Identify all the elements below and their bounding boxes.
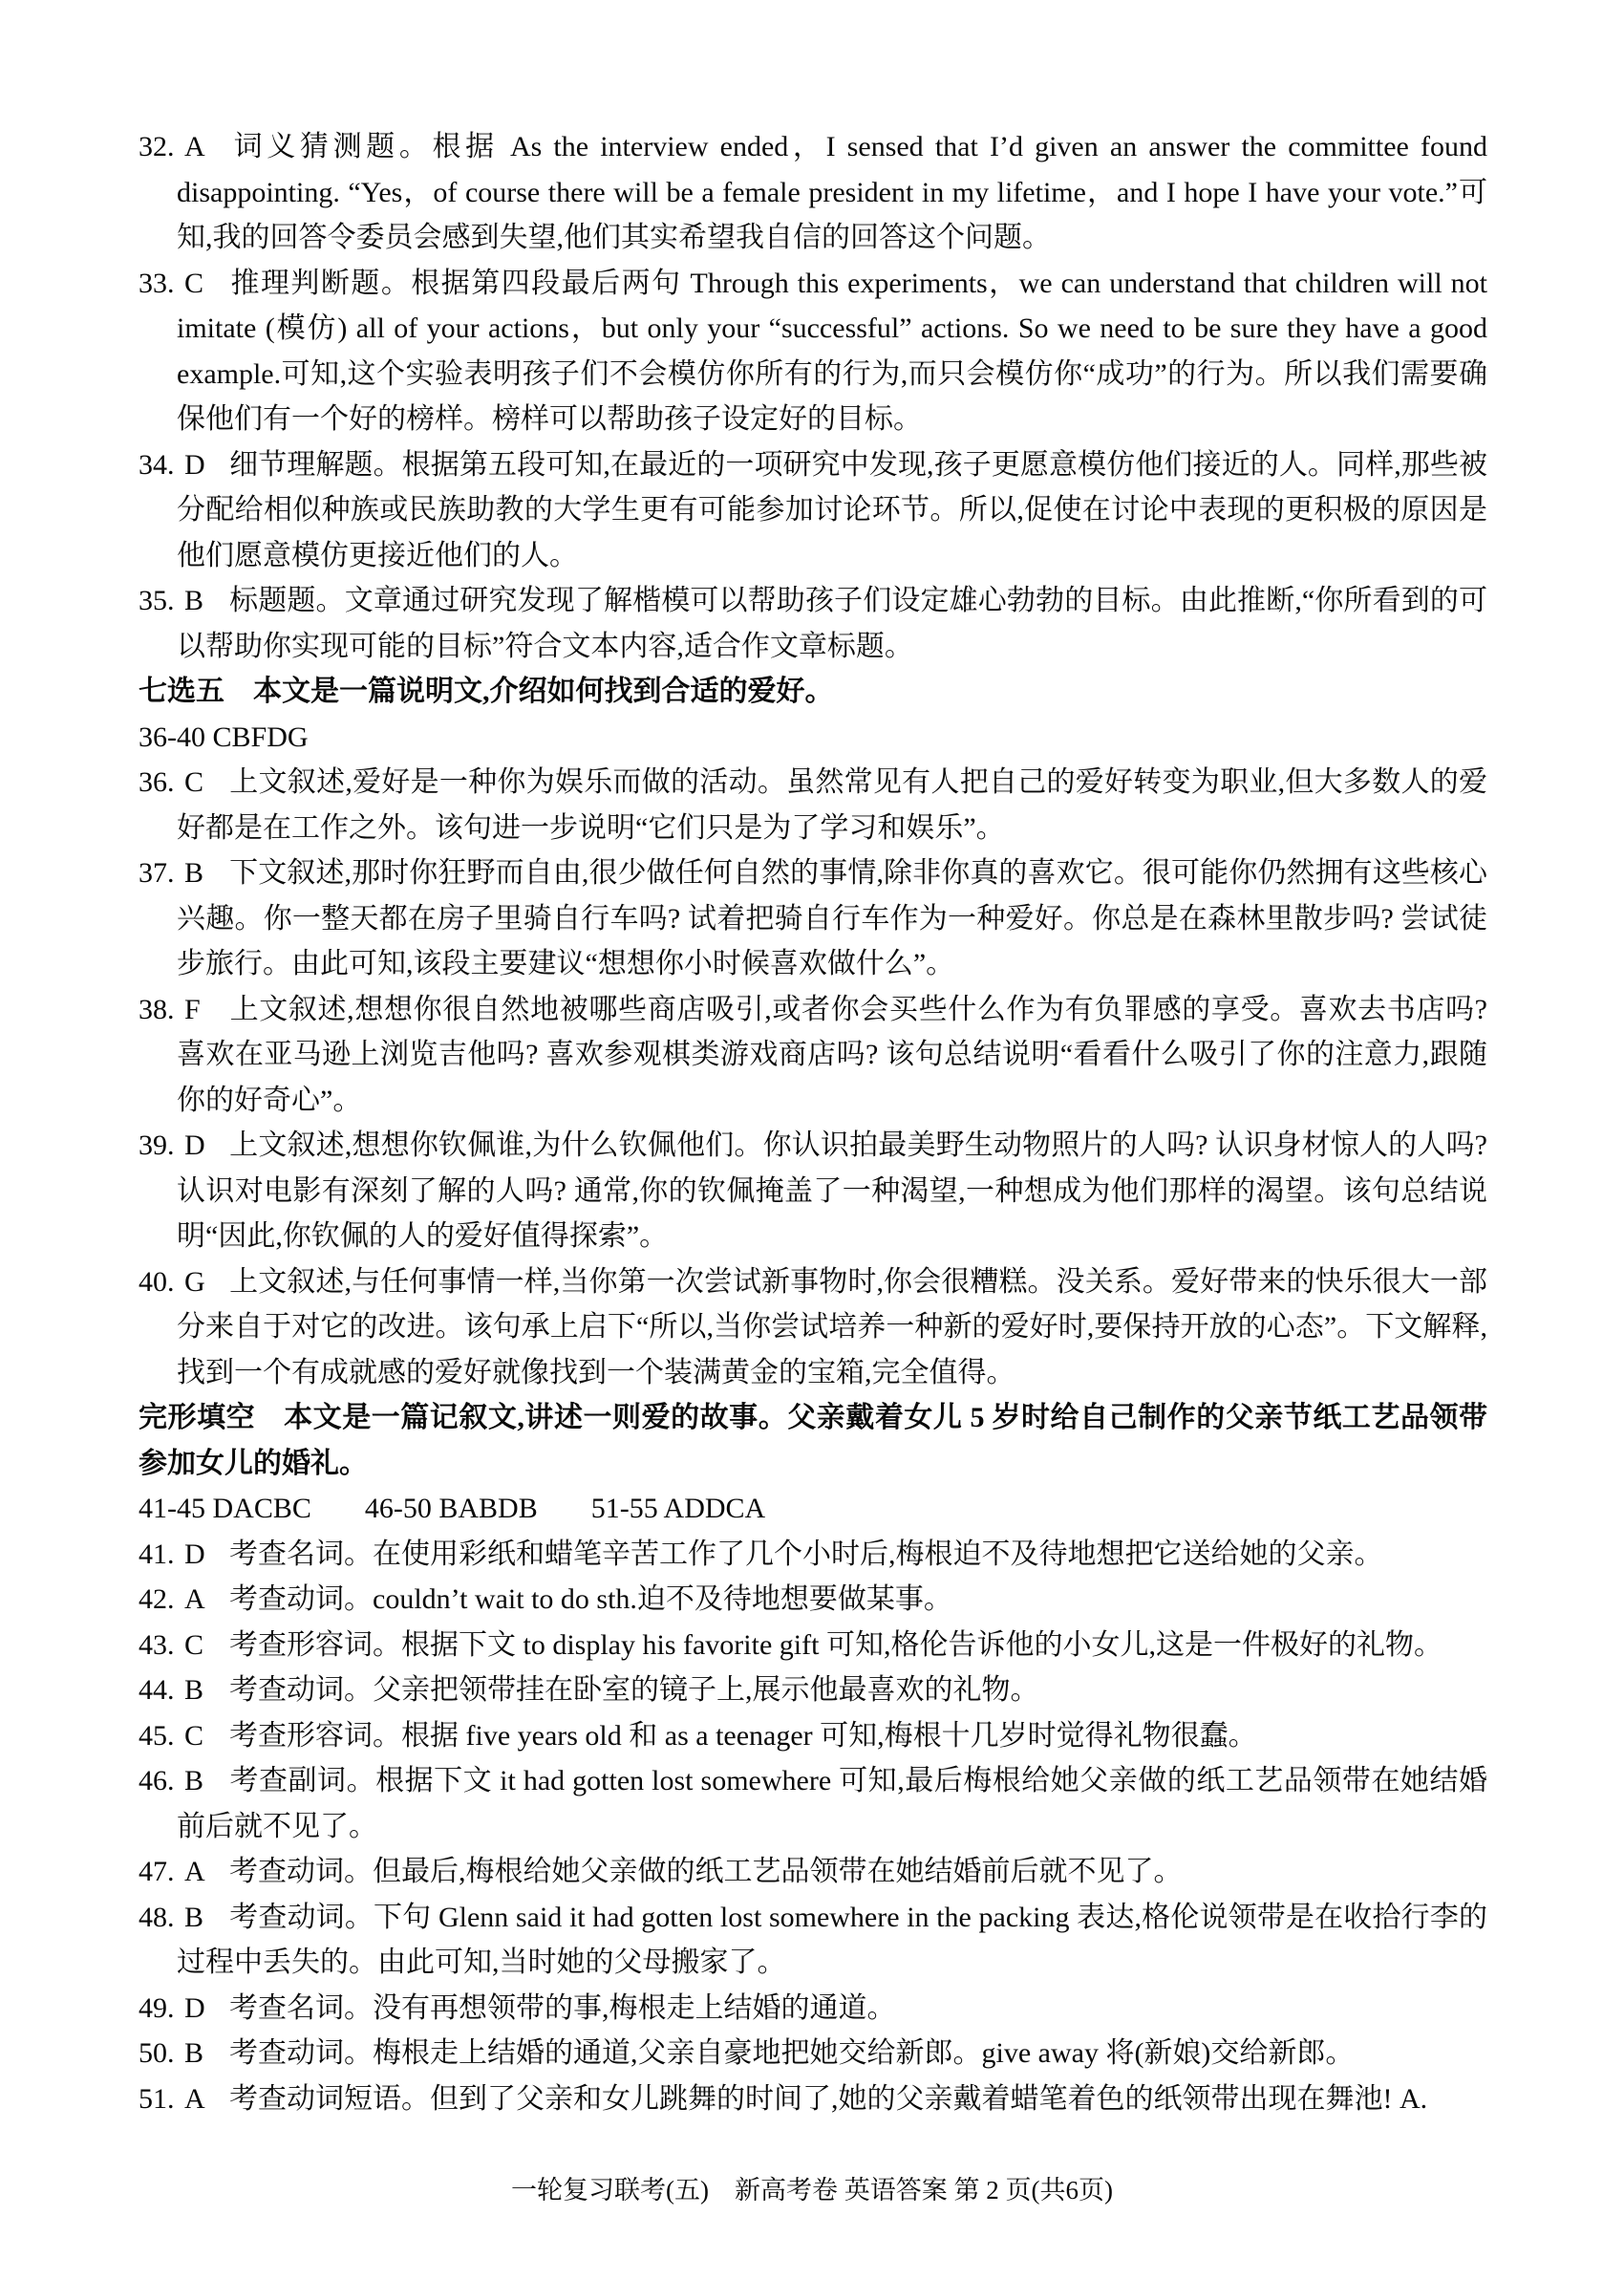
answer-key-line: 36-40 CBFDG [139,715,1487,761]
item-number: 41. [139,1532,184,1578]
section-header-seven-choose-five: 七选五本文是一篇说明文,介绍如何找到合适的爱好。 [139,669,1487,715]
answer-item: 42.A考查动词。couldn’t wait to do sth.迫不及待地想要… [139,1577,1487,1623]
item-answer: C [184,760,229,806]
item-explanation: 考查名词。在使用彩纸和蜡笔辛苦工作了几个小时后,梅根迫不及待地想把它送给她的父亲… [229,1538,1383,1570]
item-number: 43. [139,1623,184,1668]
answer-item: 33.C推理判断题。根据第四段最后两句 Through this experim… [139,261,1487,442]
item-number: 38. [139,987,184,1033]
section-header-cloze: 完形填空本文是一篇记叙文,讲述一则爱的故事。父亲戴着女儿 5 岁时给自己制作的父… [139,1395,1487,1486]
item-answer: B [184,2031,229,2076]
item-explanation: 上文叙述,与任何事情一样,当你第一次尝试新事物时,你会很糟糕。没关系。爱好带来的… [177,1266,1487,1388]
item-number: 36. [139,760,184,806]
answer-key-line: 41-45 DACBC46-50 BABDB51-55 ADDCA [139,1486,1487,1532]
exam-answer-page: 32.A词义猜测题。根据 As the interview ended，I se… [0,0,1624,2280]
item-answer: A [184,1849,229,1895]
answer-item: 36.C上文叙述,爱好是一种你为娱乐而做的活动。虽然常见有人把自己的爱好转变为职… [139,760,1487,850]
item-explanation: 考查副词。根据下文 it had gotten lost somewhere 可… [177,1765,1487,1842]
item-answer: D [184,1123,229,1169]
item-number: 35. [139,578,184,624]
item-number: 34. [139,442,184,488]
answer-item: 51.A考查动词短语。但到了父亲和女儿跳舞的时间了,她的父亲戴着蜡笔着色的纸领带… [139,2076,1487,2122]
item-answer: B [184,850,229,896]
item-explanation: 考查动词短语。但到了父亲和女儿跳舞的时间了,她的父亲戴着蜡笔着色的纸领带出现在舞… [229,2083,1427,2115]
item-answer: C [184,261,229,307]
item-number: 48. [139,1895,184,1941]
item-answer: A [184,1577,229,1623]
item-answer: A [184,124,229,170]
item-explanation: 细节理解题。根据第五段可知,在最近的一项研究中发现,孩子更愿意模仿他们接近的人。… [177,449,1487,571]
item-explanation: 考查动词。couldn’t wait to do sth.迫不及待地想要做某事。 [229,1583,952,1615]
answer-item: 40.G上文叙述,与任何事情一样,当你第一次尝试新事物时,你会很糟糕。没关系。爱… [139,1259,1487,1396]
answer-item: 38.F上文叙述,想想你很自然地被哪些商店吸引,或者你会买些什么作为有负罪感的享… [139,987,1487,1124]
item-explanation: 标题题。文章通过研究发现了解楷模可以帮助孩子们设定雄心勃勃的目标。由此推断,“你… [177,585,1487,662]
item-explanation: 上文叙述,爱好是一种你为娱乐而做的活动。虽然常见有人把自己的爱好转变为职业,但大… [177,766,1487,844]
item-answer: A [184,2076,229,2122]
answer-item: 41.D考查名词。在使用彩纸和蜡笔辛苦工作了几个小时后,梅根迫不及待地想把它送给… [139,1532,1487,1578]
item-explanation: 考查动词。但最后,梅根给她父亲做的纸工艺品领带在她结婚前后就不见了。 [229,1856,1183,1887]
section-summary: 本文是一篇记叙文,讲述一则爱的故事。父亲戴着女儿 5 岁时给自己制作的父亲节纸工… [139,1402,1487,1479]
item-number: 32. [139,124,184,170]
answer-key-part: 51-55 ADDCA [591,1493,766,1524]
item-explanation: 考查形容词。根据下文 to display his favorite gift … [229,1629,1442,1661]
item-answer: B [184,1895,229,1941]
item-explanation: 考查形容词。根据 five years old 和 as a teenager … [229,1720,1257,1752]
item-number: 50. [139,2031,184,2076]
item-explanation: 考查名词。没有再想领带的事,梅根走上结婚的通道。 [229,1992,896,2024]
item-number: 40. [139,1259,184,1305]
answer-item: 45.C考查形容词。根据 five years old 和 as a teena… [139,1713,1487,1759]
answer-item: 47.A考查动词。但最后,梅根给她父亲做的纸工艺品领带在她结婚前后就不见了。 [139,1849,1487,1895]
answer-item: 32.A词义猜测题。根据 As the interview ended，I se… [139,124,1487,261]
answer-item: 50.B考查动词。梅根走上结婚的通道,父亲自豪地把她交给新郎。give away… [139,2031,1487,2076]
item-number: 44. [139,1667,184,1713]
answer-item: 35.B标题题。文章通过研究发现了解楷模可以帮助孩子们设定雄心勃勃的目标。由此推… [139,578,1487,669]
answer-key-part: 41-45 DACBC [139,1493,311,1524]
item-number: 37. [139,850,184,896]
item-explanation: 考查动词。梅根走上结婚的通道,父亲自豪地把她交给新郎。give away 将(新… [229,2037,1354,2069]
item-number: 42. [139,1577,184,1623]
answer-item: 43.C考查形容词。根据下文 to display his favorite g… [139,1623,1487,1668]
answer-item: 44.B考查动词。父亲把领带挂在卧室的镜子上,展示他最喜欢的礼物。 [139,1667,1487,1713]
answer-item: 46.B考查副词。根据下文 it had gotten lost somewhe… [139,1758,1487,1849]
answer-item: 48.B考查动词。下句 Glenn said it had gotten los… [139,1895,1487,1986]
item-explanation: 下文叙述,那时你狂野而自由,很少做任何自然的事情,除非你真的喜欢它。很可能你仍然… [177,857,1487,979]
item-answer: B [184,1758,229,1804]
item-explanation: 考查动词。父亲把领带挂在卧室的镜子上,展示他最喜欢的礼物。 [229,1674,1039,1706]
item-answer: B [184,578,229,624]
answer-item: 49.D考查名词。没有再想领带的事,梅根走上结婚的通道。 [139,1986,1487,2032]
item-explanation: 上文叙述,想想你很自然地被哪些商店吸引,或者你会买些什么作为有负罪感的享受。喜欢… [177,994,1487,1116]
item-explanation: 考查动词。下句 Glenn said it had gotten lost so… [177,1902,1487,1979]
item-explanation: 词义猜测题。根据 As the interview ended，I sensed… [177,131,1487,253]
section-label: 完形填空 [139,1402,255,1433]
page-footer: 一轮复习联考(五) 新高考卷 英语答案 第 2 页(共6页) [0,2171,1624,2209]
answer-key-part: 36-40 CBFDG [139,721,309,753]
item-answer: D [184,442,229,488]
item-answer: G [184,1259,229,1305]
item-number: 39. [139,1123,184,1169]
item-answer: C [184,1623,229,1668]
item-number: 45. [139,1713,184,1759]
answer-item: 37.B下文叙述,那时你狂野而自由,很少做任何自然的事情,除非你真的喜欢它。很可… [139,850,1487,987]
answer-key-part: 46-50 BABDB [365,1493,538,1524]
section-label: 七选五 [139,676,224,707]
answer-content: 32.A词义猜测题。根据 As the interview ended，I se… [139,124,1487,2121]
item-answer: D [184,1532,229,1578]
item-number: 47. [139,1849,184,1895]
item-answer: B [184,1667,229,1713]
item-number: 51. [139,2076,184,2122]
answer-item: 39.D上文叙述,想想你钦佩谁,为什么钦佩他们。你认识拍最美野生动物照片的人吗?… [139,1123,1487,1259]
item-explanation: 上文叙述,想想你钦佩谁,为什么钦佩他们。你认识拍最美野生动物照片的人吗? 认识身… [177,1129,1487,1252]
item-number: 46. [139,1758,184,1804]
item-number: 33. [139,261,184,307]
item-answer: C [184,1713,229,1759]
answer-item: 34.D细节理解题。根据第五段可知,在最近的一项研究中发现,孩子更愿意模仿他们接… [139,442,1487,579]
item-explanation: 推理判断题。根据第四段最后两句 Through this experiments… [177,268,1487,436]
item-answer: F [184,987,229,1033]
section-summary: 本文是一篇说明文,介绍如何找到合适的爱好。 [253,676,834,707]
item-answer: D [184,1986,229,2032]
item-number: 49. [139,1986,184,2032]
